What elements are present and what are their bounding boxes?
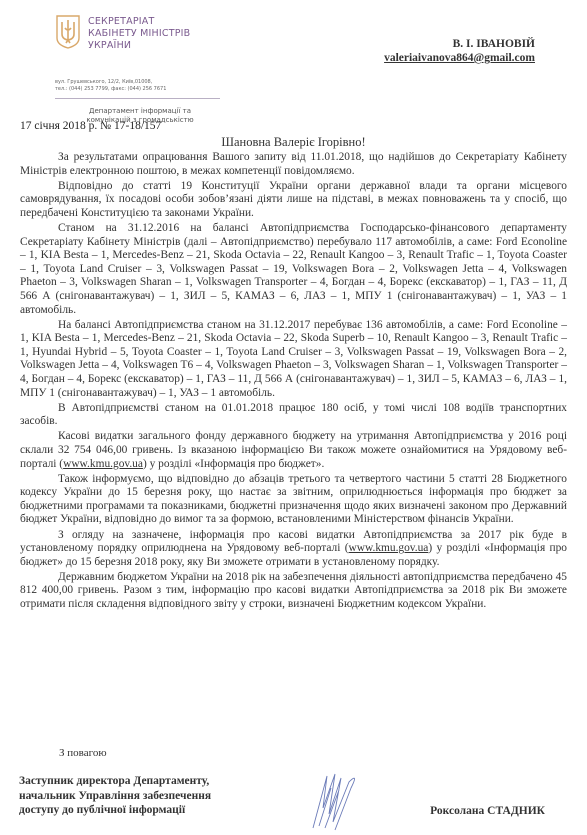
paragraph: За результатами опрацювання Вашого запит… <box>20 151 567 178</box>
recipient-block: В. І. ІВАНОВІЙ valeriaivanova864@gmail.c… <box>384 37 535 65</box>
paragraph-publication: З огляду на зазначене, інформація про ка… <box>20 529 567 570</box>
paragraph: В Автопідприємстві станом на 01.01.2018 … <box>20 402 567 429</box>
signatory-title: Заступник директора Департаменту, началь… <box>19 774 211 818</box>
handwritten-signature-icon <box>305 768 375 832</box>
recipient-email[interactable]: valeriaivanova864@gmail.com <box>384 51 535 65</box>
registration-number: 17 січня 2018 р. № 17-18/157 <box>20 120 161 132</box>
signatory-name: Роксолана СТАДНИК <box>430 805 545 817</box>
paragraph: Станом на 31.12.2016 на балансі Автопідп… <box>20 222 567 317</box>
divider <box>55 98 220 99</box>
paragraph: Відповідно до статті 19 Конституції Укра… <box>20 180 567 221</box>
organization-name: СЕКРЕТАРІАТ КАБІНЕТУ МІНІСТРІВ УКРАЇНИ <box>88 16 190 52</box>
kmu-link[interactable]: www.kmu.gov.ua <box>63 458 143 470</box>
paragraph: Також інформуємо, що відповідно до абзац… <box>20 473 567 527</box>
trident-coat-of-arms-icon <box>55 14 81 50</box>
paragraph: Державним бюджетом України на 2018 рік н… <box>20 571 567 612</box>
recipient-name: В. І. ІВАНОВІЙ <box>384 37 535 51</box>
closing: З повагою <box>59 747 107 759</box>
letter-body: За результатами опрацювання Вашого запит… <box>20 151 567 613</box>
paragraph: На балансі Автопідприємства станом на 31… <box>20 319 567 401</box>
kmu-link[interactable]: www.kmu.gov.ua <box>349 542 429 554</box>
organization-address: вул. Грушевського, 12/2, Київ,01008, тел… <box>55 79 166 93</box>
greeting: Шановна Валеріє Ігорівно! <box>0 135 587 150</box>
paragraph-budget: Касові видатки загального фонду державно… <box>20 430 567 471</box>
